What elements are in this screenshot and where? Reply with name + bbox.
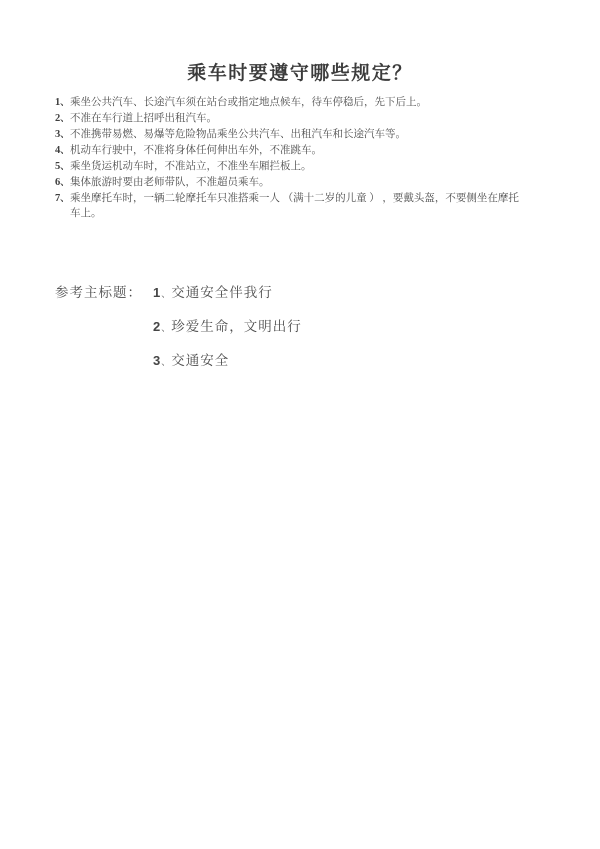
reference-section: 参考主标题： 1、交通安全伴我行 2、珍爱生命，文明出行 3、交通安全 — [55, 283, 600, 385]
rule-text: 集体旅游时要由老师带队，不准超员乘车。 — [70, 177, 270, 188]
rule-separator: 、 — [60, 145, 69, 155]
reference-option-number: 3 — [153, 353, 161, 368]
rule-item-4: 4、 机动车行驶中，不准将身体任何伸出车外，不准跳车。 — [55, 143, 527, 158]
document-page: 乘车时要遵守哪些规定？ 1、 乘坐公共汽车、长途汽车须在站台或指定地点候车，待车… — [0, 0, 600, 849]
rule-text: 乘坐摩托车时，一辆二轮摩托车只准搭乘一人 （满十二岁的儿童 ） ，要戴头盔，不要… — [70, 193, 519, 219]
rule-item-5: 5、 乘坐货运机动车时，不准站立，不准坐车厢拦板上。 — [55, 159, 527, 174]
rule-separator: 、 — [60, 97, 69, 107]
rule-number: 3、 — [55, 127, 69, 142]
rule-text: 不准在车行道上招呼出租汽车。 — [70, 113, 217, 124]
reference-option-text: 珍爱生命，文明出行 — [171, 319, 302, 334]
rule-text: 乘坐公共汽车、长途汽车须在站台或指定地点候车，待车停稳后，先下后上。 — [70, 97, 427, 108]
rule-separator: 、 — [60, 129, 69, 139]
rule-number: 6、 — [55, 175, 69, 190]
rule-number: 4、 — [55, 143, 69, 158]
reference-option-number: 2 — [153, 319, 161, 334]
rule-number: 1、 — [55, 95, 69, 110]
reference-separator: 、 — [161, 323, 171, 333]
rule-separator: 、 — [60, 113, 69, 123]
reference-option-3: 3、交通安全 — [153, 351, 302, 372]
reference-label: 参考主标题： — [55, 283, 142, 303]
rule-text: 乘坐货运机动车时，不准站立，不准坐车厢拦板上。 — [70, 161, 312, 172]
rules-list: 1、 乘坐公共汽车、长途汽车须在站台或指定地点候车，待车停稳后，先下后上。 2、… — [55, 95, 527, 221]
rule-separator: 、 — [60, 161, 69, 171]
rule-item-6: 6、 集体旅游时要由老师带队，不准超员乘车。 — [55, 175, 527, 190]
rule-item-7: 7、 乘坐摩托车时，一辆二轮摩托车只准搭乘一人 （满十二岁的儿童 ） ，要戴头盔… — [55, 191, 527, 221]
reference-option-1: 1、交通安全伴我行 — [153, 283, 302, 304]
reference-options: 1、交通安全伴我行 2、珍爱生命，文明出行 3、交通安全 — [153, 283, 302, 385]
rule-text: 不准携带易燃、易爆等危险物品乘坐公共汽车、出租汽车和长途汽车等。 — [70, 129, 406, 140]
rule-number: 2、 — [55, 111, 69, 126]
page-title: 乘车时要遵守哪些规定？ — [0, 0, 600, 85]
reference-separator: 、 — [161, 357, 171, 367]
rule-separator: 、 — [60, 193, 69, 203]
rule-separator: 、 — [60, 177, 69, 187]
rule-item-2: 2、 不准在车行道上招呼出租汽车。 — [55, 111, 527, 126]
reference-option-number: 1 — [153, 285, 161, 300]
reference-option-text: 交通安全 — [171, 353, 229, 368]
reference-separator: 、 — [161, 289, 171, 299]
reference-option-2: 2、珍爱生命，文明出行 — [153, 317, 302, 338]
rule-number: 5、 — [55, 159, 69, 174]
rule-item-1: 1、 乘坐公共汽车、长途汽车须在站台或指定地点候车，待车停稳后，先下后上。 — [55, 95, 527, 110]
rule-item-3: 3、 不准携带易燃、易爆等危险物品乘坐公共汽车、出租汽车和长途汽车等。 — [55, 127, 527, 142]
rule-text: 机动车行驶中，不准将身体任何伸出车外，不准跳车。 — [70, 145, 322, 156]
rule-number: 7、 — [55, 191, 69, 206]
reference-option-text: 交通安全伴我行 — [171, 285, 273, 300]
